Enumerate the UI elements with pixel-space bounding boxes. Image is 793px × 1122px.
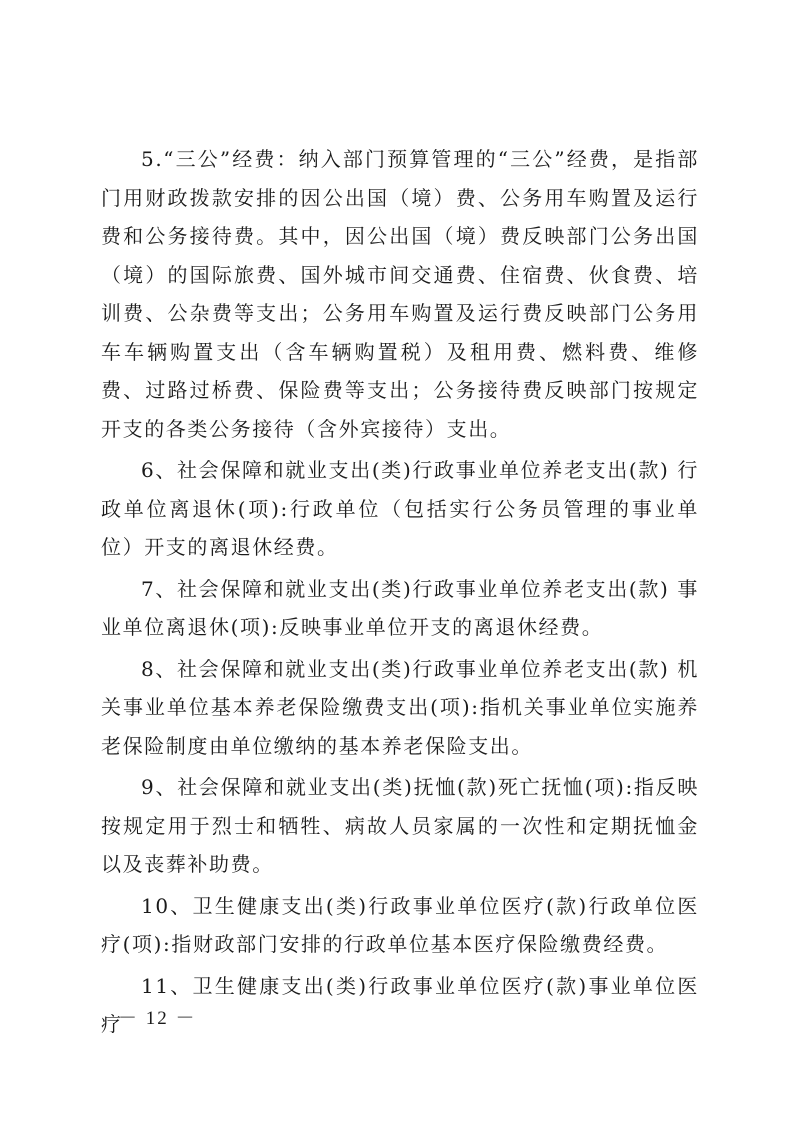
- page-number: － 12 －: [118, 1003, 197, 1030]
- paragraph-5-three-public-expenses: 5.“三公”经费：纳入部门预算管理的“三公”经费，是指部门用财政拨款安排的因公出…: [101, 140, 699, 448]
- paragraph-9-death-pension: 9、社会保障和就业支出(类)抚恤(款)死亡抚恤(项):指反映按规定用于烈士和牺牲…: [101, 768, 699, 884]
- paragraph-8-pension-insurance: 8、社会保障和就业支出(类)行政事业单位养老支出(款) 机关事业单位基本养老保险…: [101, 650, 699, 766]
- paragraph-6-admin-retirement: 6、社会保障和就业支出(类)行政事业单位养老支出(款) 行政单位离退休(项):行…: [101, 451, 699, 567]
- paragraph-10-admin-medical: 10、卫生健康支出(类)行政事业单位医疗(款)行政单位医疗(项):指财政部门安排…: [101, 887, 699, 964]
- paragraph-7-institution-retirement: 7、社会保障和就业支出(类)行政事业单位养老支出(款) 事业单位离退休(项):反…: [101, 570, 699, 647]
- document-body: 5.“三公”经费：纳入部门预算管理的“三公”经费，是指部门用财政拨款安排的因公出…: [101, 140, 699, 1047]
